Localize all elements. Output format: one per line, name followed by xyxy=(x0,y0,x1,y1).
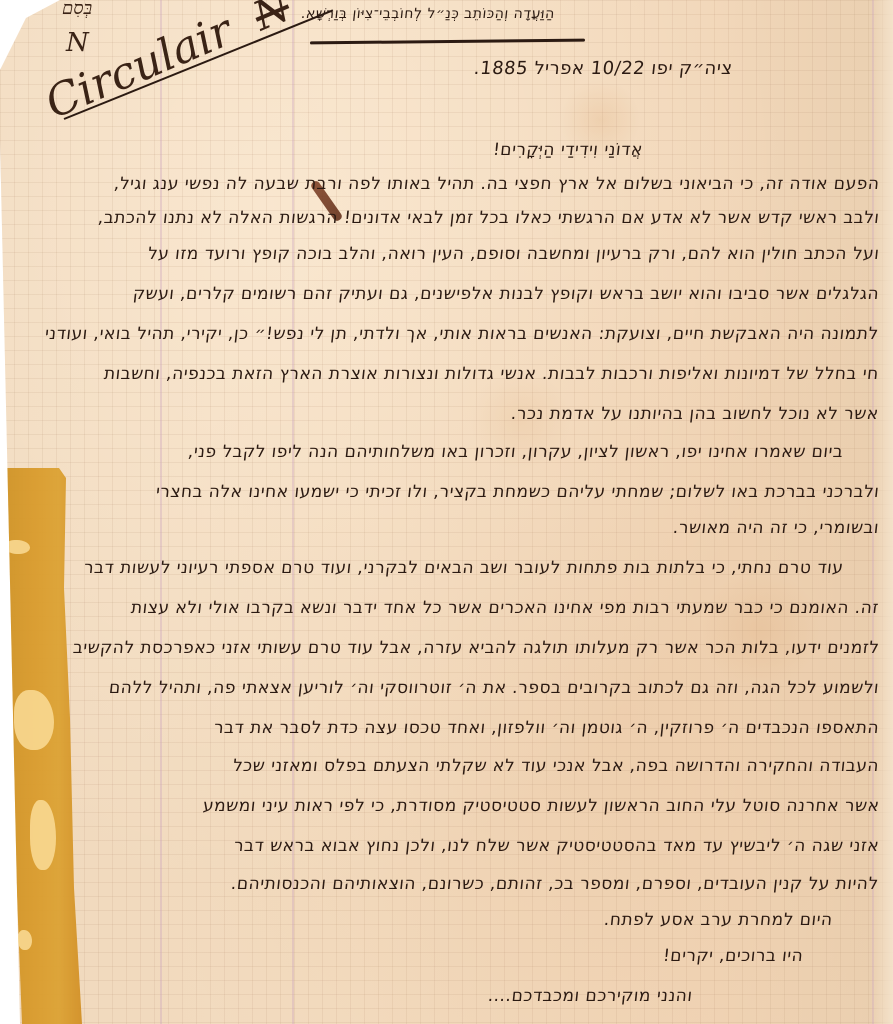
body-line: ועל הכתב חולין הוא להם, ורק ברעיון ומחשב… xyxy=(147,244,880,264)
paper-right-edge xyxy=(871,0,893,1024)
date-line: ציה״ק יפו 10/22 אפריל 1885. xyxy=(473,58,734,79)
body-line: ולשמוע לכל הגה, וזה גם לכתוב בקרובים בספ… xyxy=(108,678,880,698)
body-line: לתמונה היה האבקשת חיים, וצועקת: האנשים ב… xyxy=(44,324,880,344)
corner-note-top: בְּסִם xyxy=(62,0,92,19)
tape-flake xyxy=(18,930,32,950)
body-line: חי בחלל של דמיונות ואליפות ורכבות לבבות.… xyxy=(103,364,880,384)
body-line: להיות על קנין העובדים, וספרם, ומספר בכ, … xyxy=(230,874,880,894)
margin-line xyxy=(160,0,162,1024)
body-line: התאספו הנכבדים ה׳ פרוזקין, ה׳ גוטמן וה׳ … xyxy=(213,718,880,738)
header-underline xyxy=(310,39,585,45)
margin-line xyxy=(292,0,294,1024)
body-line: העבודה והחקירה והדרושה בפה, אבל אנכי עוד… xyxy=(232,756,880,776)
body-line: אזני שגה ה׳ ליבשיץ עד מאד בהסטטיסטיק אשר… xyxy=(233,836,880,856)
tape-flake xyxy=(6,540,30,554)
body-line: אשר לא נוכל לחשוב בהן בהיותנו על אדמת נכ… xyxy=(510,404,880,424)
body-line: לזמנים ידעו, בלות הכר אשר רק מעלותו תולג… xyxy=(72,638,880,658)
body-line: עוד טרם נחתי, כי בלתות בות פתחות לעובר ו… xyxy=(83,558,845,578)
signature-line: והנני מוקירכם ומכבדכם.... xyxy=(487,986,694,1006)
closing-line: היו ברוכים, יקרים! xyxy=(662,946,804,966)
body-line: ובשומרי, כי זה היה מאושר. xyxy=(672,518,880,538)
body-line: הגלגלים אשר סביבו והוא יושב בראש וקופץ ל… xyxy=(132,284,880,304)
letter-sheet: בְּסִם N Circulair N הַוַּעֲדָה וְהַכּוֹ… xyxy=(0,0,893,1024)
body-line: ולברכני בברכת באו לשלום; שמחתי עליהם כשמ… xyxy=(155,482,880,502)
corner-mark: N xyxy=(66,28,89,58)
organization-line: הַוַּעֲדָה וְהַכּוֹתֵב כְּנַ״ל לְחוֹבְבֵ… xyxy=(300,6,555,22)
body-line: הפעם אודה זה, כי הביאוני בשלום אל ארץ חפ… xyxy=(112,174,880,194)
body-line: זה. האומנם כי כבר שמעתי רבות מפי אחינו ה… xyxy=(130,598,880,618)
closing-line: היום למחרת ערב אסע לפתח. xyxy=(603,910,834,930)
paper-grid xyxy=(0,0,893,1024)
body-line: אשר אחרנה סוטל עלי החוב הראשון לעשות סטט… xyxy=(201,796,880,816)
body-line: ולבב ראשי קדש אשר לא אדע אם הרגשתי כאלו … xyxy=(97,208,881,228)
body-line: ביום שאמרו אחינו יפו, ראשון לציון, עקרון… xyxy=(187,442,844,462)
circulair-title: Circulair xyxy=(38,5,239,129)
circulair-heading: Circulair N xyxy=(38,0,297,129)
salutation: אֲדוֹנַי וִידִידַי הַיְּקָרִים! xyxy=(492,140,644,160)
